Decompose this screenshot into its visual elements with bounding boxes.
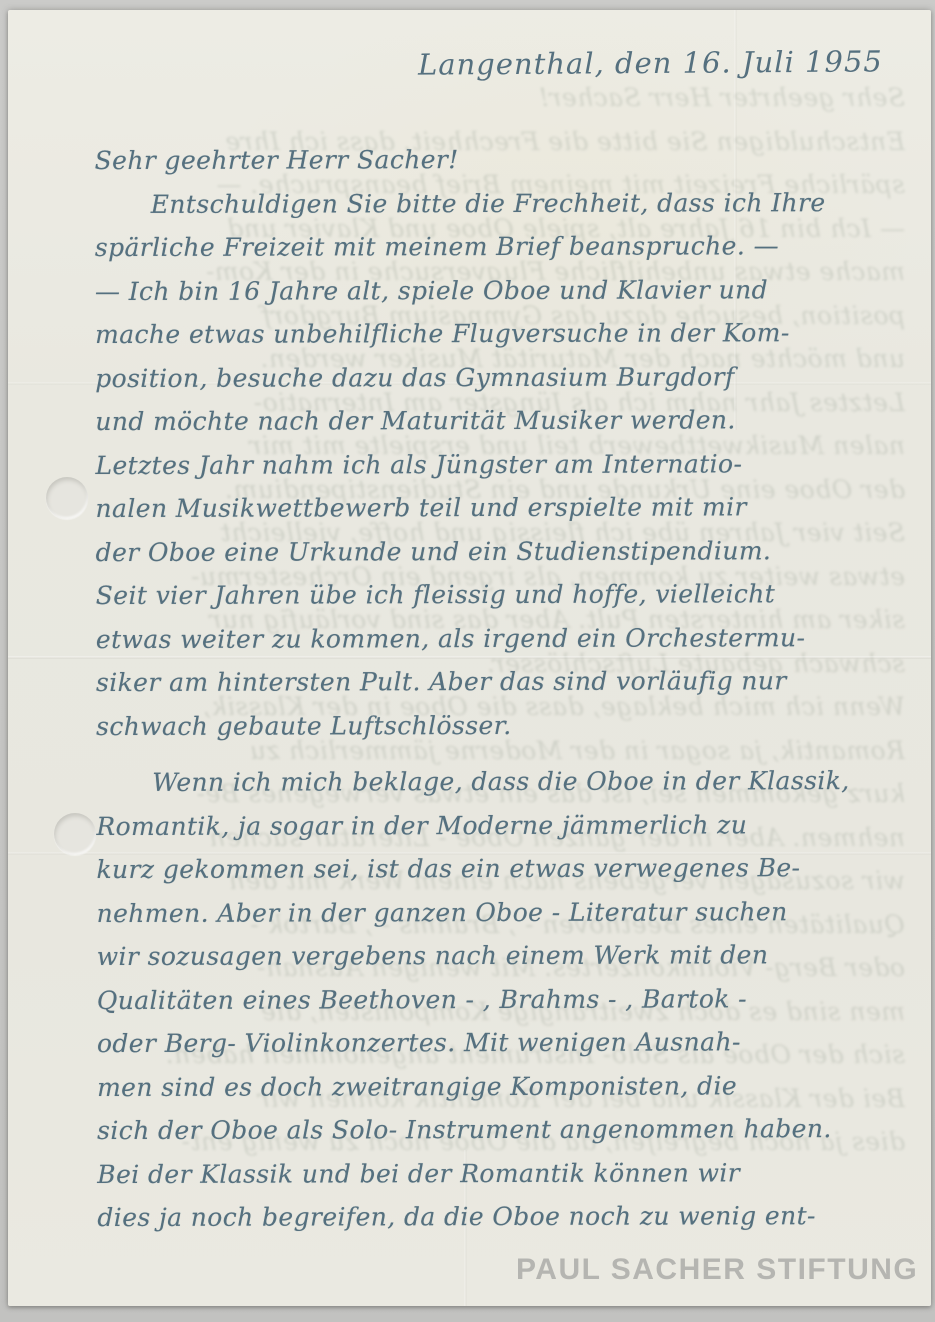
punch-hole-bottom xyxy=(54,813,96,855)
letter-line: Seit vier Jahren übe ich fleissig und ho… xyxy=(96,572,887,618)
archive-stamp: PAUL SACHER STIFTUNG xyxy=(516,1253,918,1287)
letter-line: Wenn ich mich beklage, dass die Oboe in … xyxy=(96,759,887,805)
letter-line: und möchte nach der Maturität Musiker we… xyxy=(95,398,886,444)
letter-line: Entschuldigen Sie bitte die Frechheit, d… xyxy=(95,180,886,226)
letter-line: nalen Musikwettbewerb teil und erspielte… xyxy=(95,485,886,531)
letter-line: wir sozusagen vergebens nach einem Werk … xyxy=(97,933,888,979)
letter-line: Bei der Klassik und bei der Romantik kön… xyxy=(97,1150,888,1196)
letter-line: men sind es doch zweitrangige Komponiste… xyxy=(97,1063,888,1109)
letter-line: Sehr geehrter Herr Sacher! xyxy=(95,137,886,183)
ghost-line: Sehr geehrter Herr Sacher! xyxy=(42,76,905,120)
punch-hole-top xyxy=(46,477,88,519)
letter-line: Romantik, ja sogar in der Moderne jämmer… xyxy=(96,802,887,848)
letter-line: position, besuche dazu das Gymnasium Bur… xyxy=(95,354,886,400)
letter-body: Sehr geehrter Herr Sacher!Entschuldigen … xyxy=(95,137,889,1240)
letter-line: kurz gekommen sei, ist das ein etwas ver… xyxy=(96,846,887,892)
letter-line: — Ich bin 16 Jahre alt, spiele Oboe und … xyxy=(95,267,886,313)
letter-line: etwas weiter zu kommen, als irgend ein O… xyxy=(96,615,887,661)
letter-line: der Oboe eine Urkunde und ein Studiensti… xyxy=(96,528,887,574)
letter-line: dies ja noch begreifen, da die Oboe noch… xyxy=(97,1194,888,1240)
scanned-letter-page: { "letter": { "kind": "handwritten-lette… xyxy=(0,0,935,1322)
letter-line: sich der Oboe als Solo- Instrument angen… xyxy=(97,1107,888,1153)
letter-line: Qualitäten eines Beethoven - , Brahms - … xyxy=(97,976,888,1022)
letter-line: nehmen. Aber in der ganzen Oboe - Litera… xyxy=(97,889,888,935)
letter-line: schwach gebaute Luftschlösser. xyxy=(96,702,887,748)
letter-line: oder Berg- Violinkonzertes. Mit wenigen … xyxy=(97,1020,888,1066)
letter-line: mache etwas unbehilfliche Flugversuche i… xyxy=(95,311,886,357)
letter-line: Letztes Jahr nahm ich als Jüngster am In… xyxy=(95,441,886,487)
dateline: Langenthal, den 16. Juli 1955 xyxy=(418,44,883,81)
letter-line: siker am hintersten Pult. Aber das sind … xyxy=(96,659,887,705)
letter-line: spärliche Freizeit mit meinem Brief bean… xyxy=(95,224,886,270)
